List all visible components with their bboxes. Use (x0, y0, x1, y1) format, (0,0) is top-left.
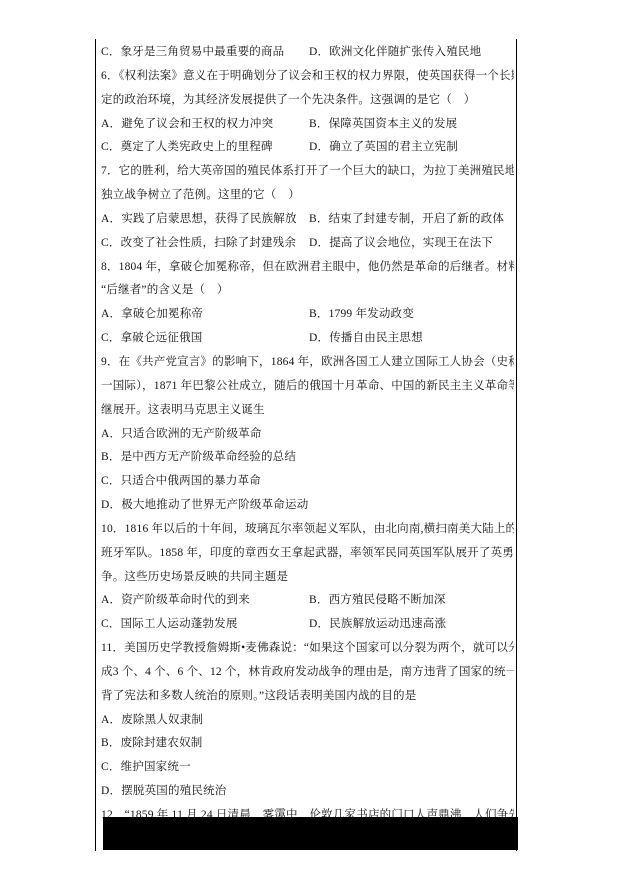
option-pair-line: C．改变了社会性质，扫除了封建残余D．提高了议会地位，实现王在法下 (101, 232, 514, 256)
option-left: A．资产阶级革命时代的到来 (101, 589, 309, 613)
text-line: A．废除黑人奴隶制 (101, 709, 514, 733)
question-text-block: C．象牙是三角贸易中最重要的商品D．欧洲文化伴随扩张传入殖民地6．《权利法案》意… (95, 39, 517, 851)
option-left: C．奠定了人类宪政史上的里程碑 (101, 136, 309, 160)
option-left: A．实践了启蒙思想，获得了民族解放 (101, 208, 309, 232)
text-line: 9．在《共产党宣言》的影响下，1864 年，欧洲各国工人建立国际工人协会（史称第 (101, 351, 514, 375)
text-line: C．只适合中俄两国的暴力革命 (101, 470, 514, 494)
exam-document-page: C．象牙是三角贸易中最重要的商品D．欧洲文化伴随扩张传入殖民地6．《权利法案》意… (0, 0, 620, 877)
text-line: 7．它的胜利，给大英帝国的殖民体系打开了一个巨大的缺口，为拉丁美洲殖民地民族 (101, 160, 514, 184)
option-pair-line: A．避免了议会和王权的权力冲突B．保障英国资本主义的发展 (101, 113, 514, 137)
option-left: C．象牙是三角贸易中最重要的商品 (101, 41, 309, 65)
option-pair-line: A．资产阶级革命时代的到来B．西方殖民侵略不断加深 (101, 589, 514, 613)
text-line: 独立战争树立了范例。这里的它（ ） (101, 184, 514, 208)
option-pair-line: A．实践了启蒙思想，获得了民族解放B．结束了封建专制，开启了新的政体 (101, 208, 514, 232)
option-pair-line: C．国际工人运动蓬勃发展D．民族解放运动迅速高涨 (101, 613, 514, 637)
text-line: 11．美国历史学教授詹姆斯•麦佛森说：“如果这个国家可以分裂为两个，就可以分裂 (101, 637, 514, 661)
text-line: 继展开。这表明马克思主义诞生 (101, 399, 514, 423)
text-line: 6．《权利法案》意义在于明确划分了议会和王权的权力界限，使英国获得一个长期稳 (101, 65, 514, 89)
option-left: A．避免了议会和王权的权力冲突 (101, 113, 309, 137)
text-line: C．维护国家统一 (101, 756, 514, 780)
text-line: B．废除封建农奴制 (101, 732, 514, 756)
option-right: B．1799 年发动政变 (309, 303, 514, 327)
text-line: D．极大地推动了世界无产阶级革命运动 (101, 494, 514, 518)
text-line: A．只适合欧洲的无产阶级革命 (101, 423, 514, 447)
text-line: 成3 个、4 个、6 个、12 个，林肯政府发动战争的理由是，南方违背了国家的统… (101, 661, 514, 685)
option-right: B．西方殖民侵略不断加深 (309, 589, 514, 613)
option-right: D．提高了议会地位，实现王在法下 (309, 232, 514, 256)
option-left: A．拿破仑加冕称帝 (101, 303, 309, 327)
option-right: B．保障英国资本主义的发展 (309, 113, 514, 137)
option-right: D．传播自由民主思想 (309, 327, 514, 351)
text-line: 10．1816 年以后的十年间，玻璃瓦尔率领起义军队，由北向南,横扫南美大陆上的… (101, 518, 514, 542)
text-line: 一国际），1871 年巴黎公社成立，随后的俄国十月革命、中国的新民主主义革命等相 (101, 375, 514, 399)
option-right: B．结束了封建专制，开启了新的政体 (309, 208, 514, 232)
redacted-black-bar (103, 817, 518, 850)
text-line: 8．1804 年，拿破仑加冕称帝，但在欧洲君主眼中，他仍然是革命的后继者。材料中 (101, 256, 514, 280)
option-right: D．确立了英国的君主立宪制 (309, 136, 514, 160)
text-line: 定的政治环境，为其经济发展提供了一个先决条件。这强调的是它（ ） (101, 89, 514, 113)
text-line: 背了宪法和多数人统治的原则。”这段话表明美国内战的目的是 (101, 685, 514, 709)
option-left: C．国际工人运动蓬勃发展 (101, 613, 309, 637)
option-pair-line: C．象牙是三角贸易中最重要的商品D．欧洲文化伴随扩张传入殖民地 (101, 41, 514, 65)
text-line: 班牙军队。1858 年，印度的章西女王拿起武器，率领军民同英国军队展开了英勇斗 (101, 542, 514, 566)
option-left: C．拿破仑远征俄国 (101, 327, 309, 351)
option-right: D．民族解放运动迅速高涨 (309, 613, 514, 637)
text-line: B．是中西方无产阶级革命经验的总结 (101, 446, 514, 470)
option-pair-line: A．拿破仑加冕称帝B．1799 年发动政变 (101, 303, 514, 327)
option-pair-line: C．拿破仑远征俄国D．传播自由民主思想 (101, 327, 514, 351)
option-pair-line: C．奠定了人类宪政史上的里程碑D．确立了英国的君主立宪制 (101, 136, 514, 160)
text-line: D．摆脱英国的殖民统治 (101, 780, 514, 804)
text-line: “后继者”的含义是（ ） (101, 279, 514, 303)
option-left: C．改变了社会性质，扫除了封建残余 (101, 232, 309, 256)
option-right: D．欧洲文化伴随扩张传入殖民地 (309, 41, 514, 65)
text-line: 争。这些历史场景反映的共同主题是 (101, 566, 514, 590)
